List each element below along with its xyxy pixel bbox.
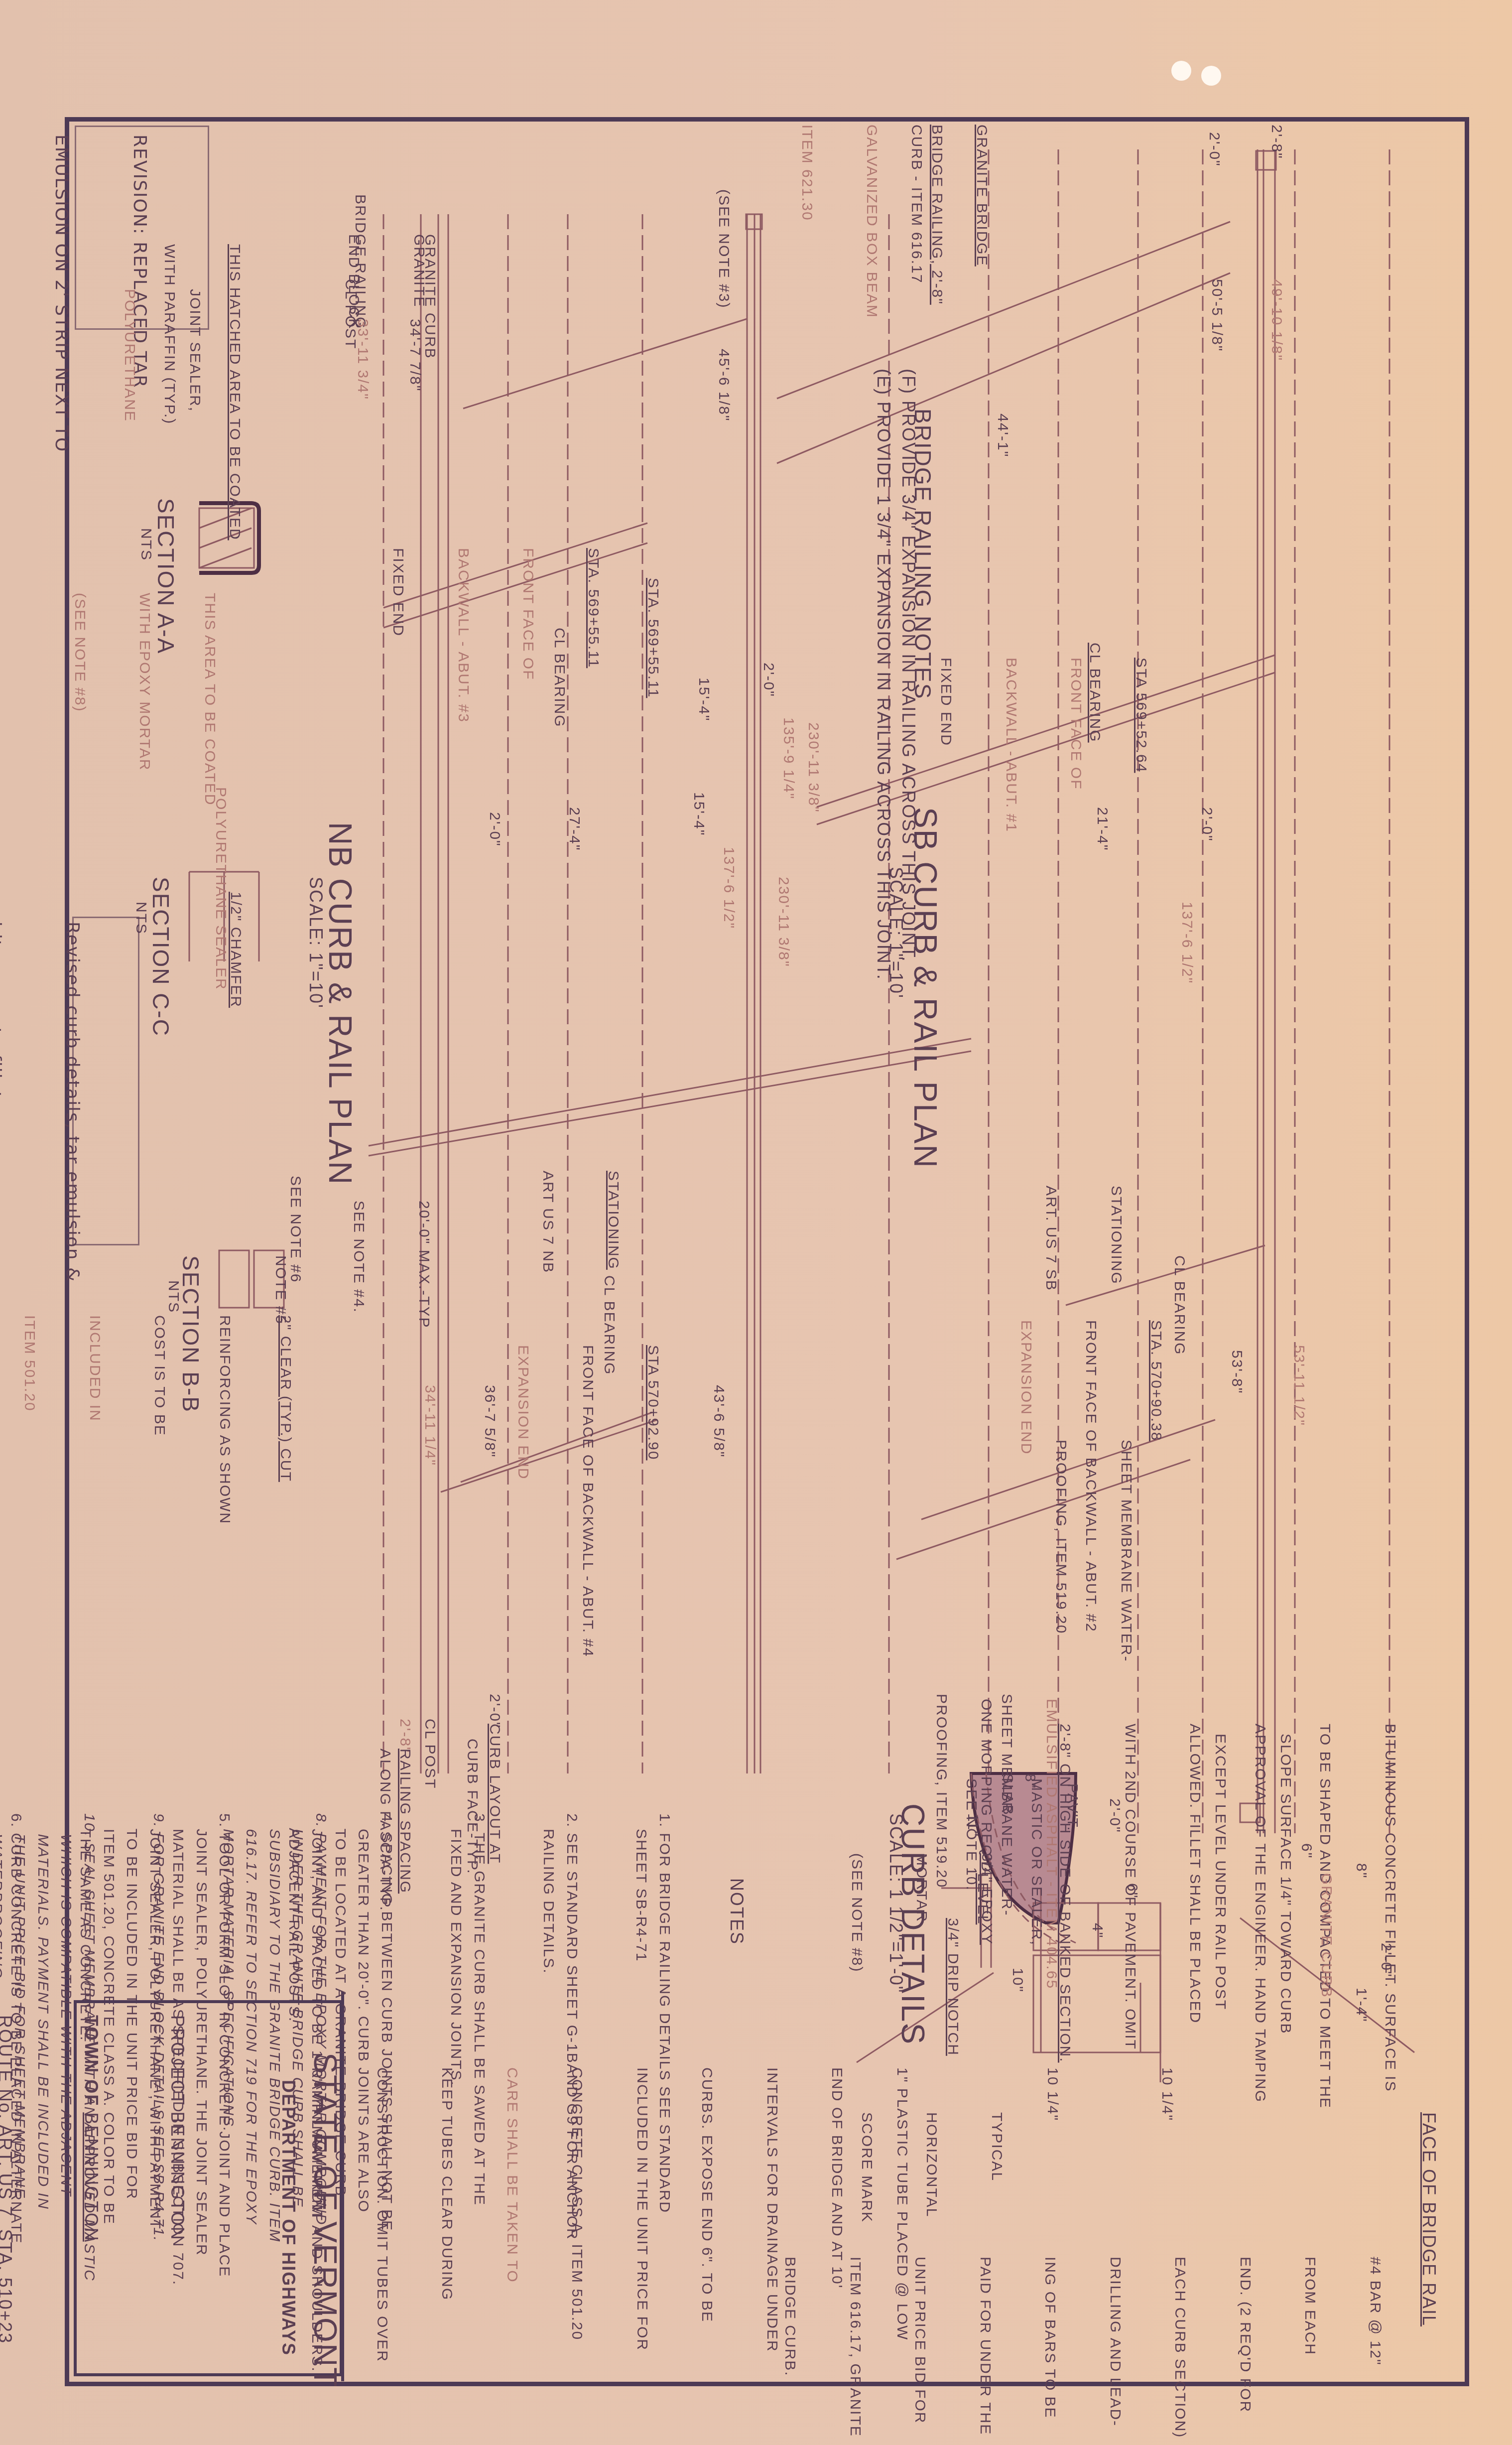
note-line: ING OF BARS TO BE [1039,2257,1061,2438]
sb-dim-15-4: 15'-4" [695,678,712,721]
note-item: 3. THE GRANITE CURB SHALL BE SAWED AT TH… [444,1813,491,2286]
town-label: TOWN OF [81,2015,102,2106]
cd-dim-1-4: 1'-4" [1353,1988,1370,2023]
cd-dim-2-0: 2'-0" [1378,1943,1394,1978]
sb-dim-53-11: 53'-11 1/2" [1290,1345,1307,1426]
station-value: STA. 569+55.11 [642,578,664,698]
label-line: SHEET MEMBRANE WATER- [1116,1440,1137,1662]
section-aa-title: SECTION A-A [152,498,179,654]
sb-dim-50-5: 50'-5 1/8" [1208,279,1225,352]
label-line: ITEM 501.20 [19,1315,41,1524]
label-line: BRIDGE RAILING, 2'-8" [926,125,948,318]
station-value: STA 570+92.90 [642,1345,664,1657]
nb-dim-230-11: 230'-11 3/8" [775,877,792,967]
note-line: END OF BRIDGE AND AT 10' [826,2067,848,2372]
label-line: ART US 7 NB [537,1171,559,1273]
station-value: STA 569+52.64 [1131,658,1152,832]
title-block-fields: PROJECT BENNINGTON TOWN OF BENNINGTON RO… [0,2015,249,2393]
label-line: ART. US 7 SB [1040,1186,1062,1291]
cd-granite-curb: GRANITE CURB [1318,1873,1335,1998]
nb-see-note: (SEE NOTE #3) [715,189,732,308]
station-desc: EXPANSION END [512,1345,534,1657]
nb-dim-45-6: 45'-6 1/8" [715,349,732,421]
curb-layout-post: CL POST [421,1719,438,1789]
note-line: MORTAR [911,1853,933,1972]
label-line: POLYURETHANE [119,289,141,422]
section-aa-joint-sealer-label: JOINT SEALER, POLYURETHANE [98,289,250,422]
cd-dim-10-4-b: 10 1/4" [1158,2067,1175,2121]
project-label: PROJECT [167,2015,188,2105]
label-line: COST IS TO BE [149,1315,171,1524]
section-cc-chamfer-label: 1/2" CHAMFER [227,892,244,1008]
section-bb-note6: SEE NOTE #6 [287,1176,304,1283]
town-value: BENNINGTON [81,2112,102,2241]
station-value: 510+23 [0,2278,15,2344]
nb-dim-27-4: 27'-4" [566,807,583,851]
cd-dim-11: 11" [964,1813,981,1837]
station-value: STA. 569+55.11 [583,548,605,723]
station-desc: FIXED END [935,658,957,832]
label-line: GALVANIZED BOX BEAM [861,125,883,318]
sb-dim-137-6: 137'-6 1/2" [1178,902,1195,984]
nb-plan-title: NB CURB & RAIL PLAN [322,822,359,1185]
note-line: EXCEPT LEVEL UNDER RAIL POST [1210,1734,1232,2035]
sb-dim-2-0-top: 2'-0" [1206,132,1223,167]
note-line: #4 BAR @ 12" [1365,2257,1386,2438]
nb-dim-137-6: 137'-6 1/2" [720,847,737,929]
note-item: 2. SEE STANDARD SHEET G-1BAND G9 FOR ANC… [537,1813,583,2286]
sb-dim-135-9: 135'-9 1/4" [780,717,797,800]
section-cc-title: SECTION C-C [147,877,174,1037]
nb-station-fixed: STA. 569+55.11 FRONT FACE OF BACKWALL - … [366,548,648,723]
label-line: ITEM 621.30 [796,125,818,318]
section-aa-scale: NTS [137,528,154,561]
nb-dim-34-11: 34'-11 1/4" [421,1385,438,1466]
department-title: DEPARTMENT OF HIGHWAYS [278,2080,299,2356]
nb-dim-33-11: 33'-11 3/4" [354,319,371,400]
sb-bridge-railing: BRIDGE RAILING, 2'-8" GALVANIZED BOX BEA… [774,125,991,318]
label-line: PROOFING, ITEM 519.20 [1050,1440,1072,1662]
nb-max-spacing: 20'-0" MAX.-TYP SEE NOTE #4. [327,1201,479,1328]
label-line: GRANITE [408,234,430,329]
route-row: ROUTE No. ART. US 7 STA. 510+23 [0,2015,19,2393]
section-cc-scale: NTS [132,902,149,935]
station-desc: BACKWALL - ABUT. #3 [453,548,475,723]
slope-note: SLOPE SURFACE 1/4" TOWARD CURB EXCEPT LE… [1188,1734,1340,2035]
nb-station-expansion: STA 570+92.90 FRONT FACE OF BACKWALL - A… [491,1345,707,1657]
agency-title: STATE OF VERMONT [307,2052,344,2388]
note-line: WITH 2ND COURSE OF PAVEMENT. OMIT [1120,1724,1141,2109]
section-bb-clear: 2" CLEAR (TYP.) CUT [277,1315,294,1482]
nb-stationing: STATIONING ART US 7 NB [516,1171,668,1273]
section-bb-reinforcing: REINFORCING AS SHOWN COST IS TO BE INCLU… [0,1315,279,1524]
cd-dim-10: 10" [1009,1968,1026,1993]
note-item: 1. FOR BRIDGE RAILING DETAILS SEE STANDA… [630,1813,676,2286]
curb-layout-dim: 2'-0" [486,1694,503,1729]
note-line: SLOPE SURFACE 1/4" TOWARD CURB [1275,1734,1297,2035]
sb-dim-44-1: 44'-1" [994,413,1011,457]
project-row: PROJECT BENNINGTON [163,2015,192,2393]
label-line: STATIONING [1106,1186,1128,1291]
note-line: EACH CURB SECTION) [1169,2257,1191,2438]
note-line: BITUMINOUS CONCRETE FILLET. SURFACE IS [1380,1724,1401,2109]
town-row: TOWN OF BENNINGTON [77,2015,106,2393]
sb-stationing: STATIONING ART. US 7 SB [1019,1186,1171,1291]
label-line: INCLUDED IN [84,1315,106,1524]
nb-dim-2-0: 2'-0" [486,812,503,847]
route-value: ART. US 7 [0,2125,15,2217]
label-line: 20'-0" MAX.-TYP [413,1201,435,1328]
station-desc: BACKWALL - ABUT. #1 [1001,658,1022,832]
label-line: REINFORCING AS SHOWN [214,1315,236,1524]
label-line: THIS AREA TO BE COATED [199,593,221,806]
nb-dim-15-4: 15'-4" [690,792,707,836]
revision-line: bit. concrete fillet. [0,922,7,1282]
revision-line: EMULSION ON 2' STRIP NEXT TO [48,135,74,463]
route-label: ROUTE No. [0,2015,15,2120]
sb-dim-49-10: 49'-10 1/8" [1268,279,1285,361]
sb-dim-2-0: 2'-0" [760,663,777,697]
cd-level: LEVEL [974,1873,991,1924]
sb-dim-21-4: 21'-4" [1094,807,1111,851]
sb-membrane: SHEET MEMBRANE WATER- PROOFING, ITEM 519… [1029,1440,1181,1662]
nb-plan-scale: SCALE: 1"=10' [305,877,326,1009]
station-desc: FRONT FACE OF BACKWALL - ABUT. #4 [577,1345,599,1657]
label-line: SEE NOTE #4. [348,1201,370,1328]
project-value: BENNINGTON [167,2111,188,2240]
station-desc: FRONT FACE OF [517,548,539,723]
sb-dim-53-8: 53'-8" [1228,1350,1245,1394]
cd-dim-6: 6" [1298,1843,1315,1859]
station-desc: FIXED END [387,548,409,723]
notes-title: NOTES [726,1878,747,1945]
cd-dim-6-b: 6" [1124,1883,1140,1899]
label-line: (SEE NOTE #8) [69,593,91,806]
note-line: TYPICAL [986,2112,1008,2223]
section-cc-sealer-label: POLYURETHANE SEALER [212,787,229,990]
label-line: JOINT SEALER, [184,289,206,422]
sb-station-nb-fixed: STA. 569+55.11 [621,578,707,698]
sb-plan-title: SB CURB & RAIL PLAN [907,807,944,1169]
section-bb-scale: NTS [165,1280,182,1313]
revision-note-2: Revised curb details, tar emulsion & bit… [0,922,137,1282]
note-line: PAID FOR UNDER THE [975,2257,997,2438]
cd-epoxy: 3/4" EPOXY MORTAR (SEE NOTE #8) [824,1853,1041,1972]
nb-bearing-1: CL BEARING [551,628,568,728]
cd-dim-8: 8" [1353,1863,1370,1879]
sb-dim-2-8-top: 2'-8" [1268,125,1285,159]
station-label: STA. [0,2229,15,2271]
section-bb-note5: NOTE #5 [272,1255,289,1325]
note-line: (SEE NOTE #8) [846,1853,868,1972]
station-desc: FRONT FACE OF [1065,658,1087,832]
sb-bearing-1: CL BEARING [1086,643,1103,743]
sb-plan-scale: SCALE: 1"=10' [885,867,906,999]
note-line: END. (2 REQ'D FOR [1235,2257,1257,2438]
nb-dim-34-7: 34'-7 7/8" [406,319,423,392]
sb-station-fixed: STA 569+52.64 FRONT FACE OF BACKWALL - A… [914,658,1196,832]
cd-drip-notch: 3/4" DRIP NOTCH [944,1918,961,2056]
note-line: FROM EACH [1299,2257,1321,2438]
nb-dim-43-6: 43'-6 5/8" [710,1385,727,1458]
sb-dim-230-11: 230'-11 3/8" [805,722,822,813]
note-line: INTERVALS FOR DRAINAGE UNDER [761,2067,783,2372]
note-line: DRILLING AND LEAD- [1105,2257,1127,2438]
sb-dim-2-0-b: 2'-0" [1198,807,1215,842]
label-line: STATIONING [603,1171,625,1273]
note-line: 1" PLASTIC TUBE PLACED @ LOW [891,2067,913,2372]
revision-line: Revised curb details, tar emulsion & [59,922,85,1282]
cd-dim-2-0-b: 2'-0" [1106,1798,1123,1833]
